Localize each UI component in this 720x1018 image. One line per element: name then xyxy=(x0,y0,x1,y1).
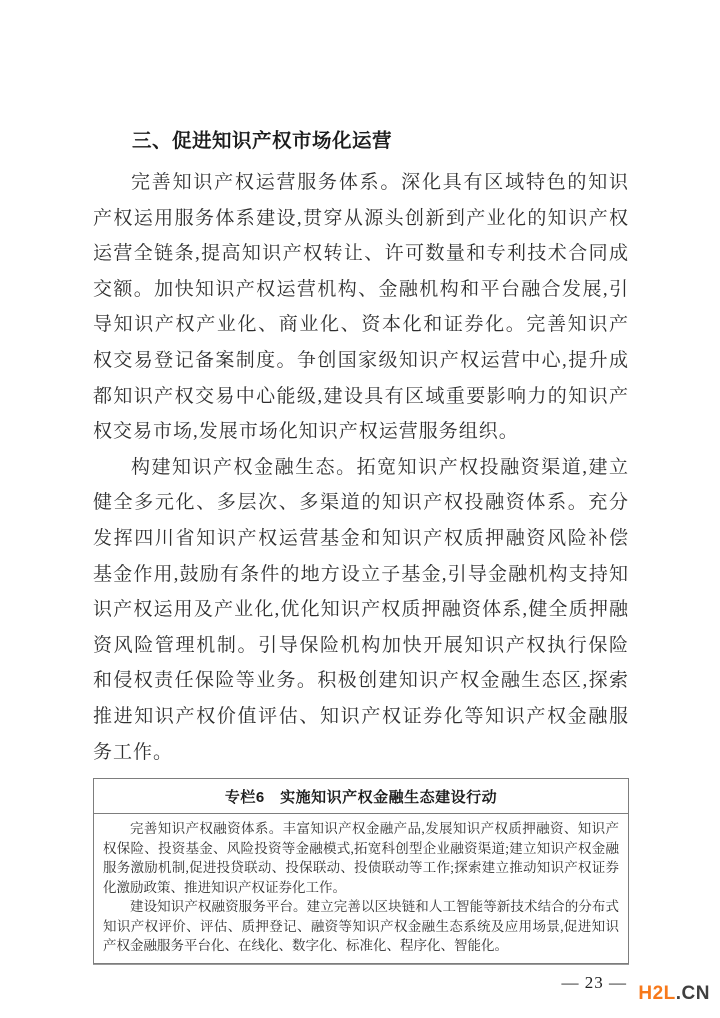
body-paragraph-1: 完善知识产权运营服务体系。深化具有区域特色的知识产权运用服务体系建设,贯穿从源头… xyxy=(93,165,629,450)
page-content: 三、促进知识产权市场化运营 完善知识产权运营服务体系。深化具有区域特色的知识产权… xyxy=(93,0,629,993)
document-page: 三、促进知识产权市场化运营 完善知识产权运营服务体系。深化具有区域特色的知识产权… xyxy=(0,0,720,1018)
watermark-tld-text: .CN xyxy=(676,983,710,1004)
body-paragraph-2: 构建知识产权金融生态。拓宽知识产权投融资渠道,建立健全多元化、多层次、多渠道的知… xyxy=(93,450,629,770)
watermark-logo: H2L.CN xyxy=(638,983,710,1005)
callout-paragraph-2: 建设知识产权融资服务平台。建立完善以区块链和人工智能等新技术结合的分布式知识产权… xyxy=(103,897,619,956)
watermark-brand-text: H2L xyxy=(638,983,675,1004)
callout-box-body: 完善知识产权融资体系。丰富知识产权金融产品,发展知识产权质押融资、知识产权保险、… xyxy=(94,814,628,963)
callout-paragraph-1: 完善知识产权融资体系。丰富知识产权金融产品,发展知识产权质押融资、知识产权保险、… xyxy=(103,819,619,897)
section-heading: 三、促进知识产权市场化运营 xyxy=(93,0,629,153)
callout-box: 专栏6 实施知识产权金融生态建设行动 完善知识产权融资体系。丰富知识产权金融产品… xyxy=(93,778,629,964)
callout-box-title: 专栏6 实施知识产权金融生态建设行动 xyxy=(94,779,628,814)
page-number: — 23 — xyxy=(93,973,629,993)
